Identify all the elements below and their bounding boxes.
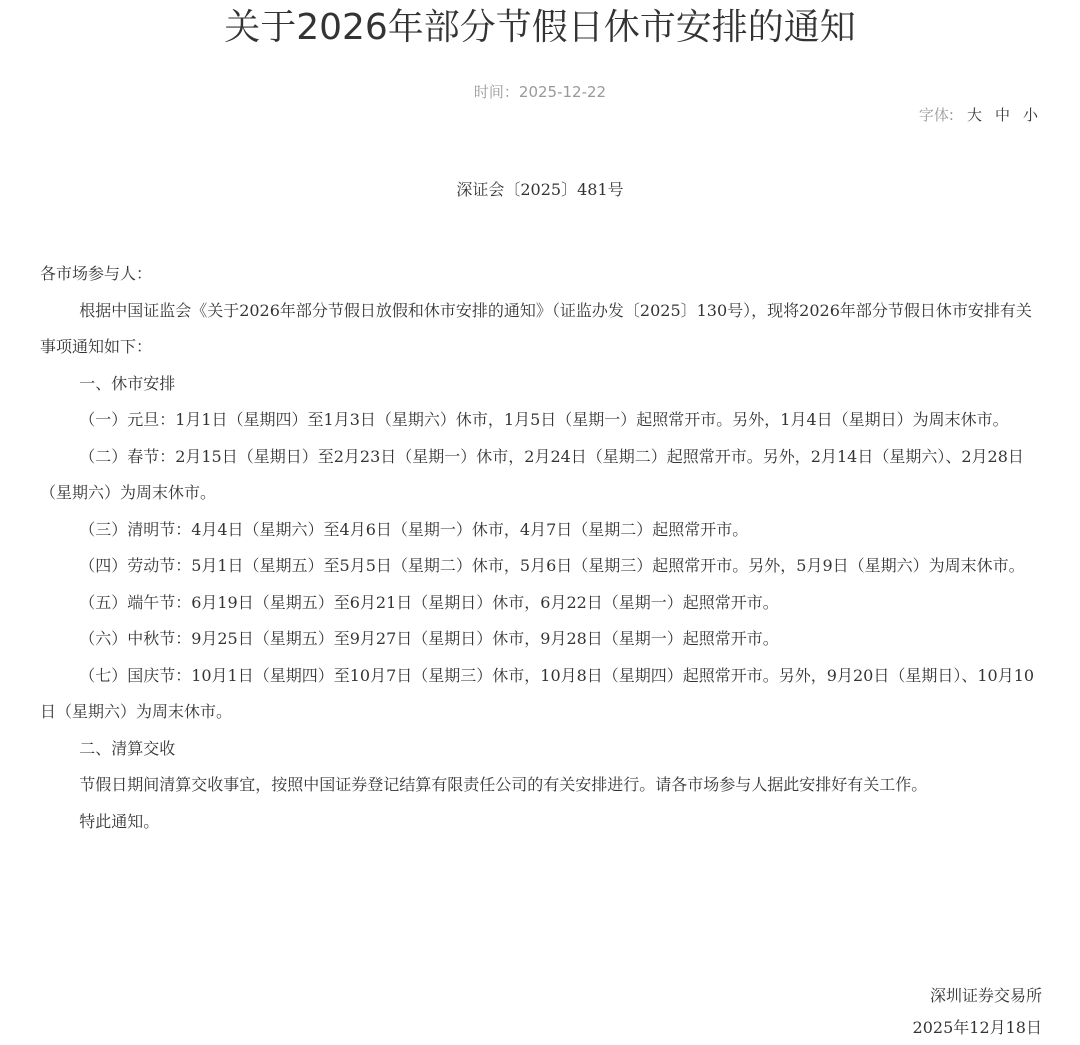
signature-date: 2025年12月18日 [913,1012,1042,1044]
publish-time-value: 2025-12-22 [519,83,606,101]
font-size-control: 字体: 大 中 小 [919,105,1038,125]
holiday-item-mid-autumn: （六）中秋节：9月25日（星期五）至9月27日（星期日）休市，9月28日（星期一… [40,621,1044,658]
font-size-large-button[interactable]: 大 [967,105,982,125]
publish-time: 时间：2025-12-22 [0,82,1080,102]
font-size-medium-button[interactable]: 中 [995,105,1010,125]
holiday-item-national-day: （七）国庆节：10月1日（星期四）至10月7日（星期三）休市，10月8日（星期四… [40,658,1044,731]
closing-line: 特此通知。 [40,804,1044,841]
section-heading-clearing: 二、清算交收 [40,731,1044,768]
signature-organization: 深圳证券交易所 [913,980,1042,1012]
holiday-item-labor-day: （四）劳动节：5月1日（星期五）至5月5日（星期二）休市，5月6日（星期三）起照… [40,548,1044,585]
publish-time-label: 时间： [474,83,519,101]
holiday-item-qingming: （三）清明节：4月4日（星期六）至4月6日（星期一）休市，4月7日（星期二）起照… [40,512,1044,549]
salutation: 各市场参与人： [40,256,1044,293]
font-size-label: 字体: [919,105,954,125]
section-heading-closure-schedule: 一、休市安排 [40,366,1044,403]
page-title: 关于2026年部分节假日休市安排的通知 [0,4,1080,52]
document-body: 各市场参与人： 根据中国证监会《关于2026年部分节假日放假和休市安排的通知》（… [40,256,1044,840]
signature-block: 深圳证券交易所 2025年12月18日 [913,980,1042,1044]
intro-paragraph: 根据中国证监会《关于2026年部分节假日放假和休市安排的通知》（证监办发〔202… [40,293,1044,366]
clearing-paragraph: 节假日期间清算交收事宜，按照中国证券登记结算有限责任公司的有关安排进行。请各市场… [40,767,1044,804]
document-number: 深证会〔2025〕481号 [0,179,1080,201]
holiday-item-new-year: （一）元旦：1月1日（星期四）至1月3日（星期六）休市，1月5日（星期一）起照常… [40,402,1044,439]
font-size-small-button[interactable]: 小 [1023,105,1038,125]
holiday-item-spring-festival: （二）春节：2月15日（星期日）至2月23日（星期一）休市，2月24日（星期二）… [40,439,1044,512]
holiday-item-dragon-boat: （五）端午节：6月19日（星期五）至6月21日（星期日）休市，6月22日（星期一… [40,585,1044,622]
